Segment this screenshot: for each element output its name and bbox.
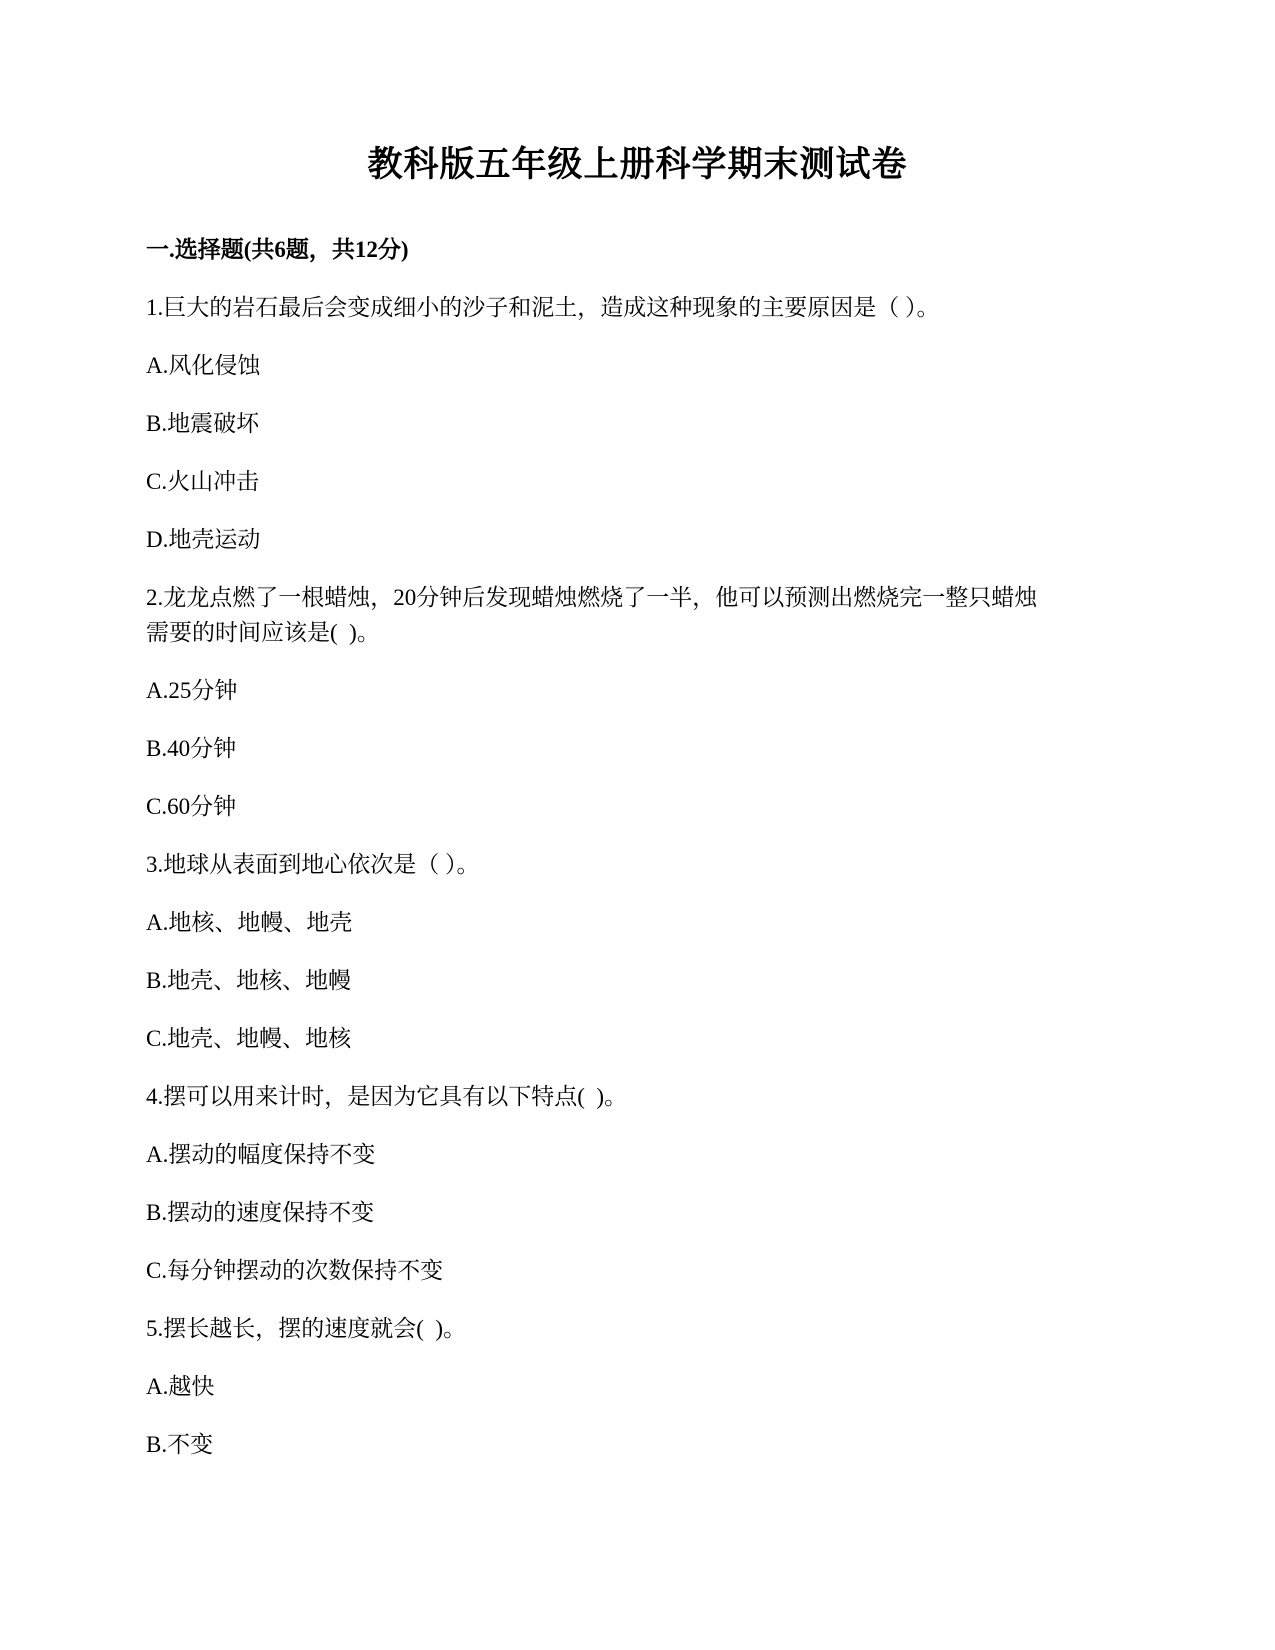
question-4-text: 4.摆可以用来计时，是因为它具有以下特点( )。 xyxy=(146,1079,1145,1114)
question-4: 4.摆可以用来计时，是因为它具有以下特点( )。 A.摆动的幅度保持不变 B.摆… xyxy=(146,1079,1145,1288)
question-1-option-b: B.地震破坏 xyxy=(146,406,1145,441)
question-3-option-a: A.地核、地幔、地壳 xyxy=(146,905,1145,940)
question-5: 5.摆长越长，摆的速度就会( )。 A.越快 B.不变 xyxy=(146,1311,1145,1462)
question-3: 3.地球从表面到地心依次是（ ）。 A.地核、地幔、地壳 B.地壳、地核、地幔 … xyxy=(146,847,1145,1056)
question-4-option-b: B.摆动的速度保持不变 xyxy=(146,1195,1145,1230)
question-2-option-a: A.25分钟 xyxy=(146,673,1145,708)
question-1-option-d: D.地壳运动 xyxy=(146,522,1145,557)
question-1-text: 1.巨大的岩石最后会变成细小的沙子和泥土，造成这种现象的主要原因是（ ）。 xyxy=(146,290,1145,325)
document-page: 教科版五年级上册科学期末测试卷 一.选择题(共6题，共12分) 1.巨大的岩石最… xyxy=(0,0,1275,1650)
question-5-option-b: B.不变 xyxy=(146,1427,1145,1462)
document-title: 教科版五年级上册科学期末测试卷 xyxy=(146,142,1129,188)
question-3-option-c: C.地壳、地幔、地核 xyxy=(146,1021,1145,1056)
question-2-text-line-1: 2.龙龙点燃了一根蜡烛，20分钟后发现蜡烛燃烧了一半，他可以预测出燃烧完一整只蜡… xyxy=(146,580,1145,615)
question-2-text-line-2: 需要的时间应该是( )。 xyxy=(146,615,1145,650)
question-3-text: 3.地球从表面到地心依次是（ ）。 xyxy=(146,847,1145,882)
question-1-option-c: C.火山冲击 xyxy=(146,464,1145,499)
question-3-option-b: B.地壳、地核、地幔 xyxy=(146,963,1145,998)
question-1-option-a: A.风化侵蚀 xyxy=(146,348,1145,383)
question-2-option-c: C.60分钟 xyxy=(146,789,1145,824)
section-heading: 一.选择题(共6题，共12分) xyxy=(146,232,1145,267)
question-1: 1.巨大的岩石最后会变成细小的沙子和泥土，造成这种现象的主要原因是（ ）。 A.… xyxy=(146,290,1145,557)
question-2-option-b: B.40分钟 xyxy=(146,731,1145,766)
question-5-option-a: A.越快 xyxy=(146,1369,1145,1404)
question-5-text: 5.摆长越长，摆的速度就会( )。 xyxy=(146,1311,1145,1346)
question-4-option-c: C.每分钟摆动的次数保持不变 xyxy=(146,1253,1145,1288)
question-2: 2.龙龙点燃了一根蜡烛，20分钟后发现蜡烛燃烧了一半，他可以预测出燃烧完一整只蜡… xyxy=(146,580,1145,824)
question-4-option-a: A.摆动的幅度保持不变 xyxy=(146,1137,1145,1172)
